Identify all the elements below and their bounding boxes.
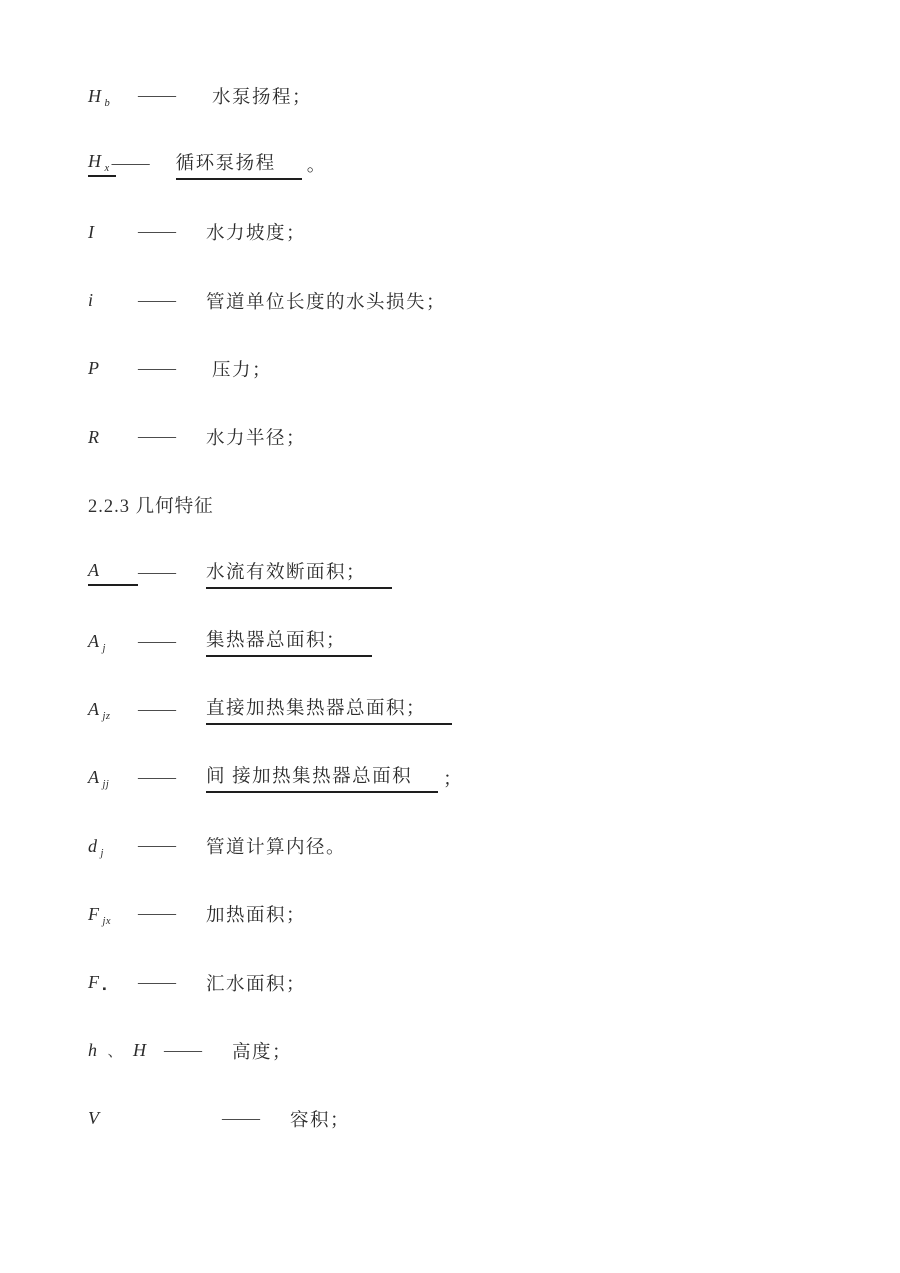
symbol-row: I——水力坡度； <box>88 198 860 266</box>
em-dash: —— <box>112 153 150 175</box>
symbol-row: Ajj——间 接加热集热器总面积； <box>88 744 860 812</box>
definition-text: 循环泵扬程 <box>176 149 302 180</box>
symbol-row: V——容积； <box>88 1085 860 1153</box>
em-dash: —— <box>222 1108 260 1130</box>
definition-text: 汇水面积； <box>206 970 306 996</box>
definition-text: 水泵扬程； <box>212 83 312 109</box>
em-dash: —— <box>138 972 176 994</box>
definition-text: 加热面积； <box>206 901 306 927</box>
symbol: I <box>88 222 138 243</box>
symbol-row: i——管道单位长度的水头损失； <box>88 267 860 335</box>
definition-text: 集热器总面积； <box>206 626 372 657</box>
definition-text: 直接加热集热器总面积； <box>206 694 452 725</box>
symbol-letter: A <box>88 560 100 581</box>
symbol-subscript: j <box>101 848 104 859</box>
symbol-list: Hb——水泵扬程；Hx——循环泵扬程。I——水力坡度；i——管道单位长度的水头损… <box>0 0 900 1153</box>
document-page: Hb——水泵扬程；Hx——循环泵扬程。I——水力坡度；i——管道单位长度的水头损… <box>0 0 900 1273</box>
trailing-punctuation: 。 <box>307 151 326 177</box>
symbol-subscript: x <box>105 163 110 174</box>
symbol: h、H <box>88 1040 164 1061</box>
symbol-letter: h <box>88 1040 98 1061</box>
em-dash: —— <box>164 1040 202 1062</box>
symbol-row: Aj——集热器总面积； <box>88 608 860 676</box>
symbol-row: P——压力； <box>88 335 860 403</box>
symbol-letter: H <box>88 151 102 172</box>
symbol-subscript: j <box>103 643 106 654</box>
section-heading-label: 2.2.3 几何特征 <box>88 492 214 518</box>
symbol-letter-2: H <box>133 1040 147 1061</box>
definition-text: 管道单位长度的水头损失； <box>206 288 446 314</box>
em-dash: —— <box>138 358 176 380</box>
em-dash: —— <box>138 631 176 653</box>
symbol-letter: V <box>88 1108 100 1129</box>
definition-text: 高度； <box>232 1038 292 1064</box>
symbol-letter: F <box>88 972 100 993</box>
symbol: Aj <box>88 631 138 652</box>
symbol-letter: i <box>88 290 94 311</box>
symbol: V <box>88 1108 222 1129</box>
symbol-row: Hb——水泵扬程； <box>88 62 860 130</box>
symbol-subscript: jj <box>103 779 110 790</box>
symbol: P <box>88 358 138 379</box>
symbol: R <box>88 427 138 448</box>
definition-text: 水力坡度； <box>206 219 306 245</box>
symbol-letter: I <box>88 222 95 243</box>
symbol-subscript: jx <box>103 916 112 927</box>
symbol-joiner: 、 <box>108 1040 124 1061</box>
em-dash: —— <box>138 85 176 107</box>
symbol-row: dj——管道计算内径。 <box>88 812 860 880</box>
em-dash: —— <box>138 426 176 448</box>
symbol-row: h、H——高度； <box>88 1017 860 1085</box>
em-dash: —— <box>138 835 176 857</box>
symbol-letter: A <box>88 631 100 652</box>
symbol: F▪ <box>88 972 138 993</box>
section-heading-row: 2.2.3 几何特征 <box>88 471 860 539</box>
symbol-letter: A <box>88 699 100 720</box>
symbol: A <box>88 560 138 586</box>
symbol-subscript: jz <box>103 711 111 722</box>
symbol-subscript: ▪ <box>103 984 107 995</box>
definition-text: 间 接加热集热器总面积 <box>206 762 438 793</box>
symbol-row: A——水流有效断面积； <box>88 539 860 607</box>
definition-text: 容积； <box>290 1106 350 1132</box>
symbol: Hb <box>88 86 138 107</box>
definition-text: 水流有效断面积； <box>206 558 392 589</box>
symbol-row: R——水力半径； <box>88 403 860 471</box>
symbol: Ajz <box>88 699 138 720</box>
symbol: Ajj <box>88 767 138 788</box>
em-dash: —— <box>138 903 176 925</box>
em-dash: —— <box>138 699 176 721</box>
em-dash: —— <box>138 767 176 789</box>
symbol-letter: A <box>88 767 100 788</box>
symbol: dj <box>88 836 138 857</box>
symbol-letter: P <box>88 358 100 379</box>
em-dash: —— <box>138 290 176 312</box>
symbol-letter: F <box>88 904 100 925</box>
symbol-row: Ajz——直接加热集热器总面积； <box>88 676 860 744</box>
em-dash: —— <box>138 221 176 243</box>
definition-text: 管道计算内径。 <box>206 833 346 859</box>
symbol: Fjx <box>88 904 138 925</box>
em-dash: —— <box>138 562 176 584</box>
symbol-row: F▪——汇水面积； <box>88 948 860 1016</box>
symbol-row: Hx——循环泵扬程。 <box>88 130 860 198</box>
symbol-letter: H <box>88 86 102 107</box>
symbol-subscript: b <box>105 98 111 109</box>
symbol-row: Fjx——加热面积； <box>88 880 860 948</box>
symbol-letter: d <box>88 836 98 857</box>
definition-text: 水力半径； <box>206 424 306 450</box>
symbol-letter: R <box>88 427 100 448</box>
symbol: i <box>88 290 138 311</box>
trailing-punctuation: ； <box>443 765 462 791</box>
definition-text: 压力； <box>212 356 272 382</box>
